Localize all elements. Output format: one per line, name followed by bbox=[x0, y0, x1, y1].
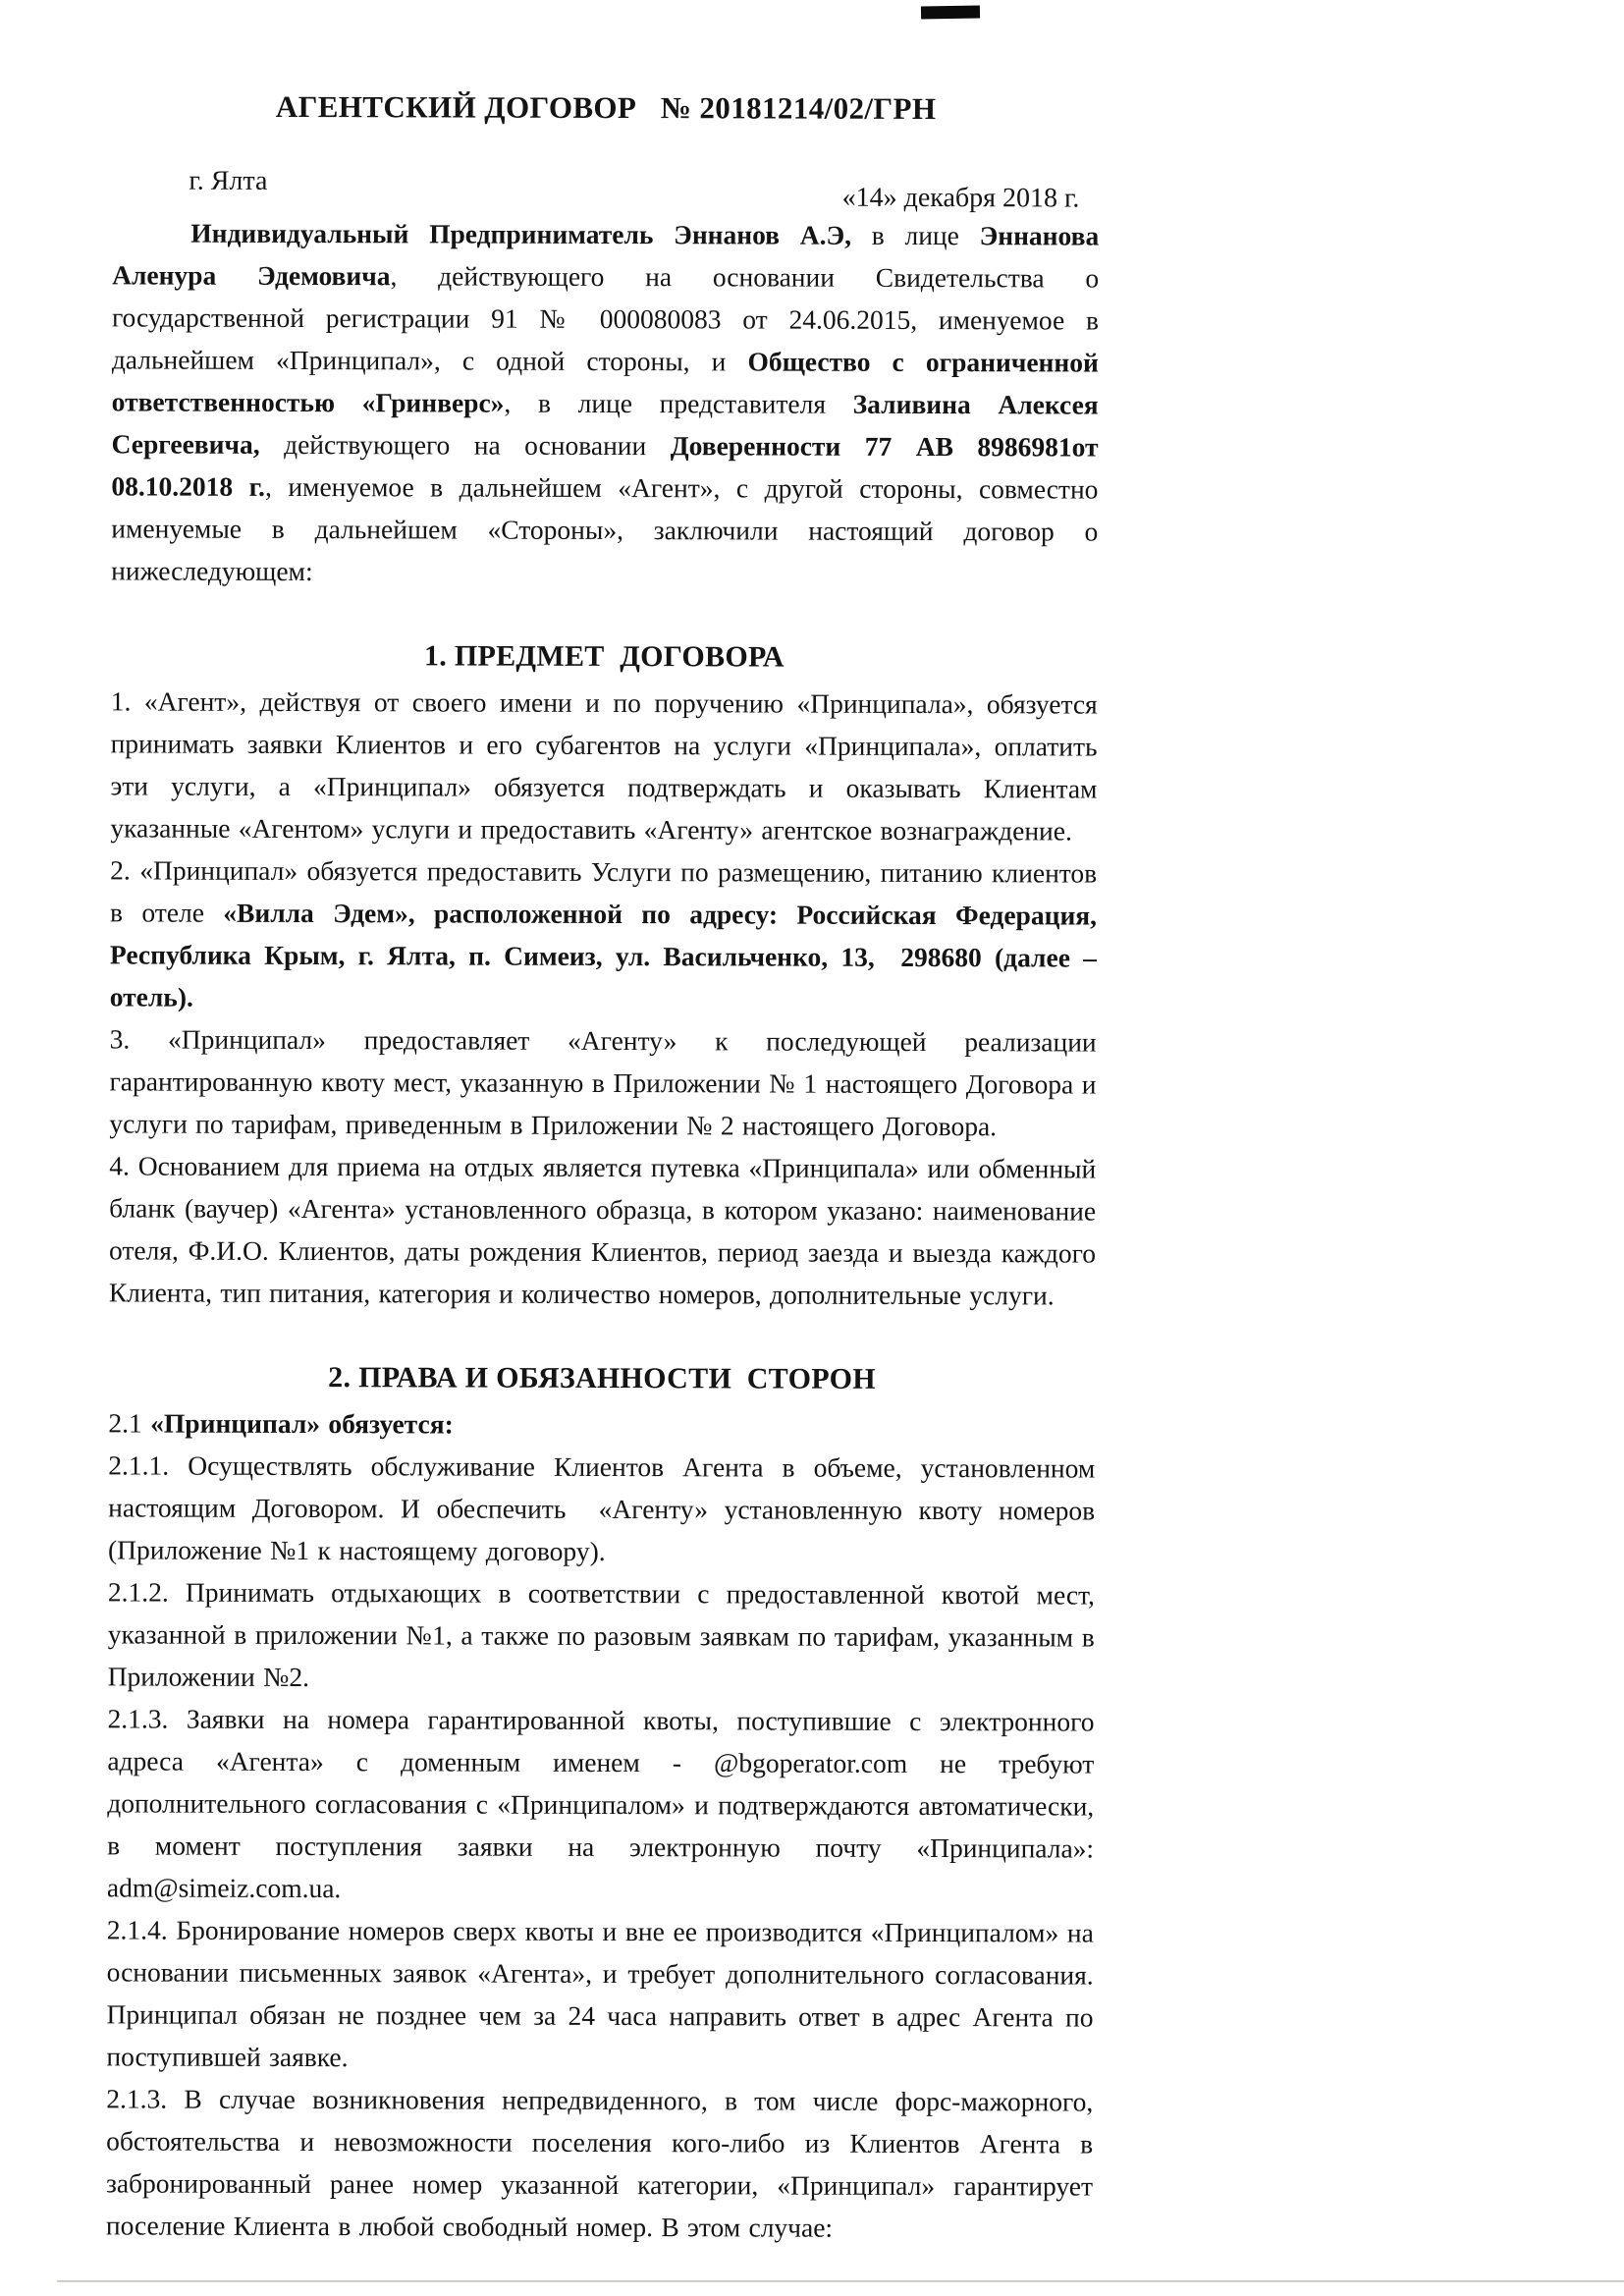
text-run: 4. Основанием для приема на отдых являет… bbox=[109, 1150, 1096, 1310]
place-city: г. Ялта bbox=[112, 165, 267, 196]
preamble-paragraph: Индивидуальный Предприниматель Эннанов А… bbox=[111, 211, 1099, 594]
section-2-heading: 2. ПРАВА И ОБЯЗАННОСТИ СТОРОН bbox=[109, 1360, 1096, 1396]
clause-2-1-1: 2.1.1. Осуществлять обслуживание Клиенто… bbox=[108, 1444, 1095, 1573]
text-run: 2.1.1. Осуществлять обслуживание Клиенто… bbox=[108, 1449, 1095, 1566]
clause-2-1-3b: 2.1.3. В случае возникновения непредвиде… bbox=[106, 2077, 1094, 2249]
clause-1-1: 1. «Агент», действуя от своего имени и п… bbox=[110, 680, 1098, 851]
document-title: АГЕНТСКИЙ ДОГОВОР № 20181214/02/ГРН bbox=[113, 88, 1100, 127]
text-run: 2.1 bbox=[108, 1407, 150, 1438]
clause-2-1-subheading: 2.1 «Принципал» обязуется: bbox=[108, 1401, 1095, 1447]
text-run: 3. «Принципал» предоставляет «Агенту» к … bbox=[109, 1023, 1096, 1141]
bold-text-run: «Вилла Эдем», расположенной по адресу: Р… bbox=[110, 898, 1097, 1012]
text-run: в лице bbox=[851, 220, 980, 250]
title-meta-row: г. Ялта «14» декабря 2018 г. bbox=[112, 165, 1099, 214]
text-run: 2.1.3. В случае возникновения непредвиде… bbox=[106, 2083, 1093, 2242]
clause-1-4: 4. Основанием для приема на отдых являет… bbox=[109, 1144, 1097, 1316]
bold-text-run: Индивидуальный Предприниматель Эннанов А… bbox=[190, 218, 851, 250]
text-run: действующего на основании bbox=[260, 429, 671, 461]
clause-2-1-4: 2.1.4. Бронирование номеров сверх квоты … bbox=[106, 1908, 1094, 2080]
clause-2-1-3: 2.1.3. Заявки на номера гарантированной … bbox=[107, 1697, 1095, 1911]
scan-artifact-bottom-line bbox=[57, 2280, 1624, 2282]
clause-1-2: 2. «Принципал» обязуется предоставить Ус… bbox=[110, 848, 1098, 1020]
text-run: 1. «Агент», действуя от своего имени и п… bbox=[110, 685, 1097, 846]
text-run: , в лице представителя bbox=[504, 388, 852, 419]
text-run: 2.1.4. Бронирование номеров сверх квоты … bbox=[106, 1914, 1093, 2072]
contract-sheet: АГЕНТСКИЙ ДОГОВОР № 20181214/02/ГРН г. Я… bbox=[106, 0, 1100, 2250]
document-date: «14» декабря 2018 г. bbox=[842, 183, 1100, 215]
bold-text-run: «Принципал» обязуется: bbox=[150, 1408, 454, 1440]
text-run: 2.1.3. Заявки на номера гарантированной … bbox=[107, 1703, 1095, 1903]
section-1-heading: 1. ПРЕДМЕТ ДОГОВОРА bbox=[111, 638, 1098, 675]
text-run: 2.1.2. Принимать отдыхающих в соответств… bbox=[108, 1576, 1095, 1692]
clause-2-1-2: 2.1.2. Принимать отдыхающих в соответств… bbox=[108, 1570, 1095, 1700]
clause-1-3: 3. «Принципал» предоставляет «Агенту» к … bbox=[109, 1017, 1096, 1147]
scanned-contract-page: { "colors": { "paper": "#ffffff", "ink":… bbox=[0, 0, 1624, 2296]
